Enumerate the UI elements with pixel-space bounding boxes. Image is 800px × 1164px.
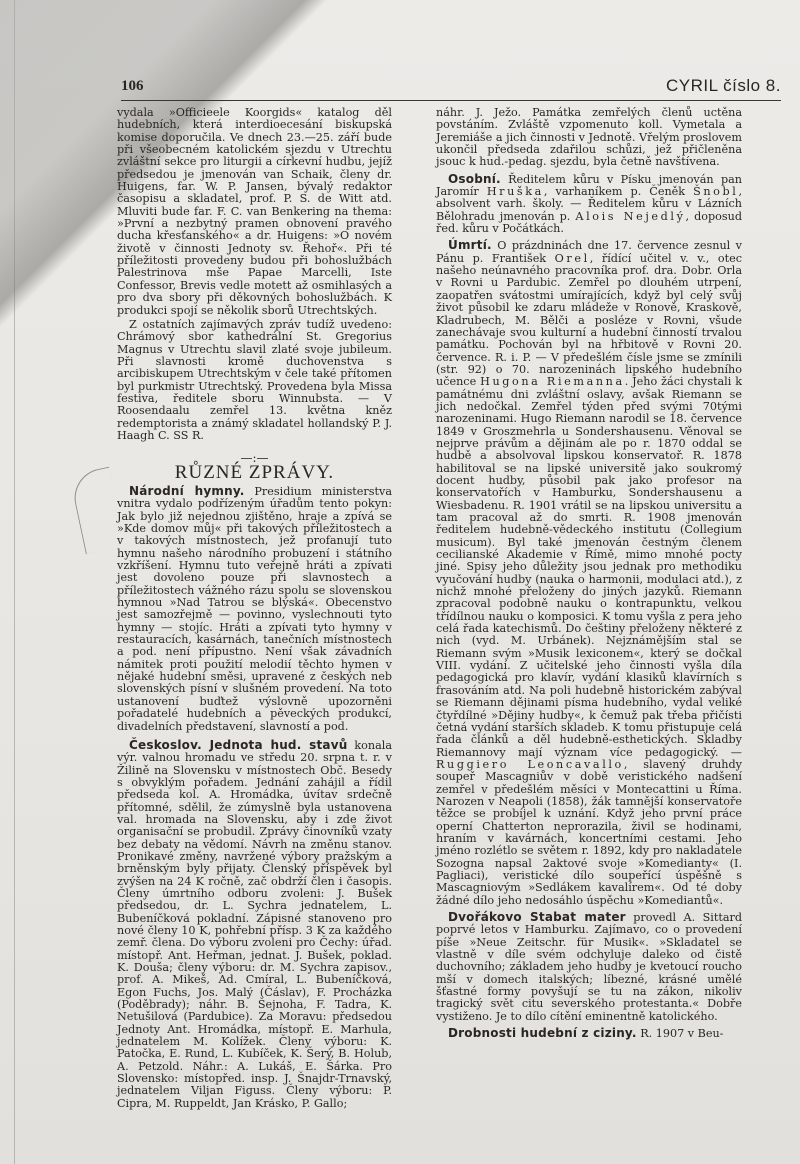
news-item-heading: Úmrtí.	[448, 238, 492, 252]
news-item-heading: Dvořákovo Stabat mater	[448, 910, 626, 924]
news-item-text: provedl A. Sittard poprvé letos v Hambur…	[436, 911, 742, 1023]
binding-edge-line	[14, 0, 15, 1164]
running-head: CYRIL číslo 8.	[666, 76, 781, 96]
news-item-text: Presidium ministerstva vnitra vydalo pod…	[117, 485, 392, 733]
right-column: náhr. J. Ježo. Památka zemřelých členů u…	[436, 107, 742, 1040]
union-continuation: náhr. J. Ježo. Památka zemřelých členů u…	[436, 107, 742, 169]
news-item-obituary: Úmrtí. O prázdninách dne 17. července ze…	[436, 239, 742, 907]
section-title: RŮZNÉ ZPRÁVY.	[117, 467, 392, 479]
article-continuation: vydala »Officieele Koorgids« katalog děl…	[117, 107, 392, 317]
spaced-name: Orel	[555, 252, 590, 265]
page-header: 106 CYRIL číslo 8.	[121, 78, 781, 101]
news-item-heading: Národní hymny.	[129, 484, 245, 498]
news-item-heading: Osobní.	[448, 172, 501, 186]
left-column: vydala »Officieele Koorgids« katalog děl…	[117, 107, 392, 1110]
news-item-text: R. 1907 v Beu-	[640, 1027, 723, 1040]
news-item-text: konala výr. valnou hromadu ve středu 20.…	[117, 739, 392, 1110]
spaced-name: Ruggiero Leoncavallo	[436, 758, 624, 771]
news-item-heading: Českoslov. Jednota hud. stavů	[129, 738, 348, 752]
news-item-stabat-mater: Dvořákovo Stabat mater provedl A. Sittar…	[436, 911, 742, 1023]
news-item-foreign: Drobnosti hudební z ciziny. R. 1907 v Be…	[436, 1027, 742, 1040]
news-item-heading: Drobnosti hudební z ciziny.	[448, 1026, 637, 1040]
paragraph: Z ostatních zajímavých zpráv tudíž uvede…	[117, 319, 392, 442]
page-number: 106	[121, 78, 144, 95]
news-item-personal: Osobní. Ředitelem kůru v Písku jmenován …	[436, 173, 742, 236]
spaced-name: Hugona Riemanna	[480, 375, 625, 388]
news-item-text: , řídící učitel v. v., otec našeho neúna…	[436, 252, 742, 388]
news-item-text: . Jeho žáci chystali k památnému dni zvl…	[436, 375, 742, 758]
news-item-national-anthems: Národní hymny. Presidium ministerstva vn…	[117, 485, 392, 733]
news-item-text: , slavený druhdy soupeř Mascagniův v dob…	[436, 758, 742, 907]
spaced-name: Alois Nejedlý	[575, 210, 685, 223]
news-item-union: Českoslov. Jednota hud. stavů konala výr…	[117, 739, 392, 1110]
